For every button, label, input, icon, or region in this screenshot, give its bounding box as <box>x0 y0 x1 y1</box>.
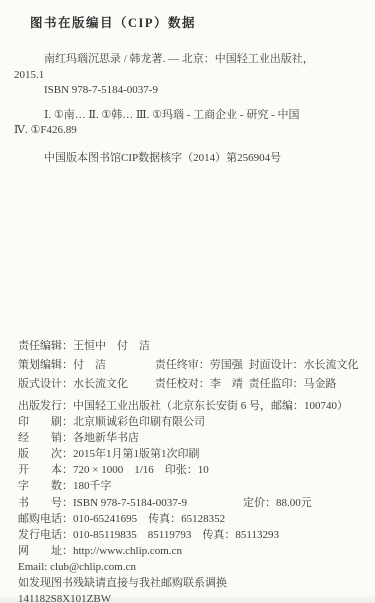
credit-cover-designer: 封面设计：水长流文化 <box>249 356 359 375</box>
credits-block: 责任编辑：王恒中 付 洁 策划编辑：付 洁 责任终审：劳国强 封面设计：水长流文… <box>18 337 369 394</box>
book-number-text: 书 号：ISBN 978-7-5184-0037-9 <box>18 497 187 509</box>
credit-responsible-editor: 责任编辑：王恒中 付 洁 <box>18 337 150 356</box>
cip-classification-line-1: Ⅰ. ①南… Ⅱ. ①韩… Ⅲ. ①玛瑙 - 工商企业 - 研究 - 中国 <box>14 108 367 124</box>
website-line: 网 址：http://www.chlip.com.cn <box>18 543 369 559</box>
email-line: Email: club@chlip.com.cn <box>18 559 369 575</box>
distribution-phone-line: 发行电话：010-85119835 85119793 传真：85113293 <box>18 527 369 543</box>
credits-row-3: 版式设计：水长流文化 责任校对：李 靖 责任监印：马金路 <box>18 375 369 394</box>
credit-planning-editor: 策划编辑：付 洁 <box>18 356 152 375</box>
mail-order-phone-line: 邮购电话：010-65241695 传真：65128352 <box>18 511 369 527</box>
cip-title-line: 南红玛瑙沉思录 / 韩龙著. — 北京：中国轻工业出版社， <box>14 52 367 68</box>
cip-year-line: 2015.1 <box>14 68 367 84</box>
cip-classification-line-2: Ⅳ. ①F426.89 <box>14 123 367 139</box>
cip-header: 图书在版编目（CIP）数据 <box>30 13 367 31</box>
distributor-line: 经 销：各地新华书店 <box>18 430 369 446</box>
word-count-line: 字 数：180千字 <box>18 478 369 494</box>
format-line: 开 本：720 × 1000 1/16 印张：10 <box>18 462 369 478</box>
exchange-notice-line: 如发现图书残缺请直接与我社邮购联系调换 <box>18 575 369 591</box>
colophon-page: 图书在版编目（CIP）数据 南红玛瑙沉思录 / 韩龙著. — 北京：中国轻工业出… <box>0 0 375 603</box>
edition-line: 版 次：2015年1月第1版第1次印刷 <box>18 446 369 462</box>
printer-line: 印 刷：北京顺诚彩色印刷有限公司 <box>18 414 369 430</box>
cip-block: 图书在版编目（CIP）数据 南红玛瑙沉思录 / 韩龙著. — 北京：中国轻工业出… <box>14 13 367 166</box>
print-code-line: 141182S8X101ZBW <box>18 591 369 603</box>
price-text: 定价：88.00元 <box>243 495 312 511</box>
cip-isbn-line: ISBN 978-7-5184-0037-9 <box>14 83 367 99</box>
credit-final-reviewer: 责任终审：劳国强 <box>155 356 246 375</box>
credits-row-2: 策划编辑：付 洁 责任终审：劳国强 封面设计：水长流文化 <box>18 356 369 375</box>
cip-record-number-line: 中国版本图书馆CIP数据核字（2014）第256904号 <box>14 151 367 167</box>
credit-proofreader: 责任校对：李 靖 <box>155 375 246 394</box>
publisher-line: 出版发行：中国轻工业出版社（北京东长安街 6 号，邮编：100740） <box>18 398 369 414</box>
credit-print-supervisor: 责任监印：马金路 <box>249 375 337 394</box>
publication-info-block: 出版发行：中国轻工业出版社（北京东长安街 6 号，邮编：100740） 印 刷：… <box>18 398 369 603</box>
book-number-line: 书 号：ISBN 978-7-5184-0037-9 定价：88.00元 <box>18 495 369 511</box>
credit-layout-designer: 版式设计：水长流文化 <box>18 375 152 394</box>
credits-row-1: 责任编辑：王恒中 付 洁 <box>18 337 369 356</box>
